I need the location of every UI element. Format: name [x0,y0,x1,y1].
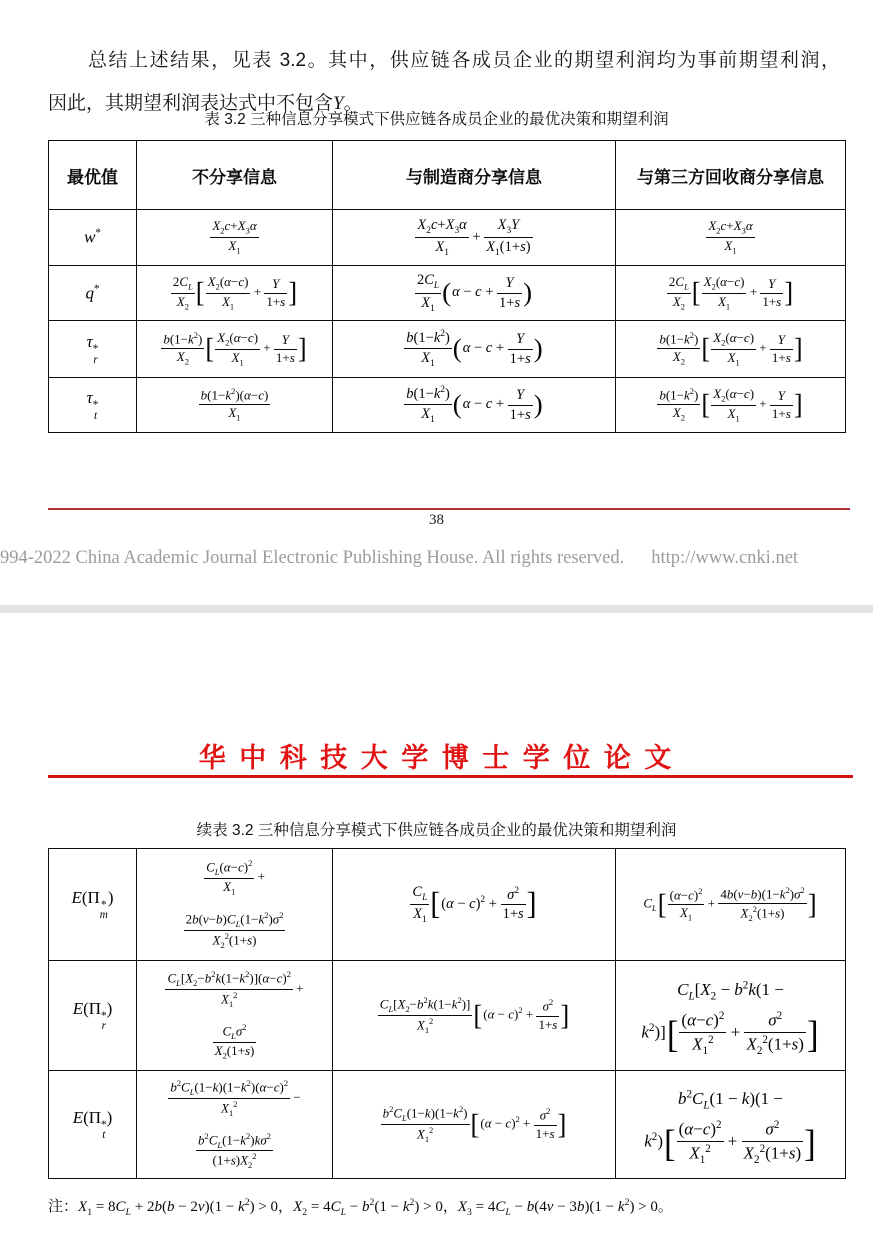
table-header-row: 最优值 不分享信息 与制造商分享信息 与第三方回收商分享信息 [49,141,846,210]
formula-cell: X2c+X3αX1 [616,210,846,266]
row-label-profit-t: E(Π*t) [49,1071,137,1179]
row-label-tau-r: τ*r [49,321,137,378]
table-3-2: 最优值 不分享信息 与制造商分享信息 与第三方回收商分享信息 w* X2c+X3… [48,140,846,433]
formula-cell: CL[X2 − b2k(1 −k2)][(α−c)2X12 + σ2X22(1+… [616,961,846,1071]
row-label-profit-m: E(Π*m) [49,849,137,961]
thesis-scan-page: 总结上述结果，见表 3.2。其中，供应链各成员企业的期望利润均为事前期望利润， … [0,0,873,1233]
table-row-profit-m: E(Π*m) CL(α−c)2X1 +2b(v−b)CL(1−k2)σ2X22(… [49,849,846,961]
page-separator [0,605,873,613]
formula-cell: b(1−k2)(α−c)X1 [137,378,333,433]
row-label-q: q* [49,266,137,321]
formula-cell: b2CL(1−k)(1−k2)X12[(α − c)2 + σ21+s] [333,1071,616,1179]
formula-cell: CL[X2−b2k(1−k2)]X12[(α − c)2 + σ21+s] [333,961,616,1071]
formula-cell: b(1−k2)X2[X2(α−c)X1 + Y1+s] [137,321,333,378]
row-label-profit-r: E(Π*r) [49,961,137,1071]
formula-cell: b(1−k2)X1(α − c + Y1+s) [333,378,616,433]
copyright-line: 994-2022 China Academic Journal Electron… [0,548,873,569]
page-number: 38 [0,512,873,529]
formula-cell: 2CLX1(α − c + Y1+s) [333,266,616,321]
paragraph-line-1: 总结上述结果，见表 3.2。其中，供应链各成员企业的期望利润均为事前期望利润， [48,44,840,78]
row-label-tau-t: τ*t [49,378,137,433]
row-label-w: w* [49,210,137,266]
page2-header-rule [48,775,853,778]
formula-cell: CL[(α−c)2X1 + 4b(v−b)(1−k2)σ2X22(1+s)] [616,849,846,961]
column-header-no-sharing: 不分享信息 [137,141,333,210]
page1-footer-rule [48,508,850,510]
table-3-2-continued: E(Π*m) CL(α−c)2X1 +2b(v−b)CL(1−k2)σ2X22(… [48,848,846,1179]
table-row-profit-r: E(Π*r) CL[X2−b2k(1−k2)](α−c)2X12 +CLσ2X2… [49,961,846,1071]
formula-cell: X2c+X3αX1 + X3YX1(1+s) [333,210,616,266]
formula-cell: b(1−k2)X1(α − c + Y1+s) [333,321,616,378]
formula-cell: b2CL(1−k)(1−k2)(α−c)2X12 −b2CL(1−k2)kσ2(… [137,1071,333,1179]
formula-cell: X2c+X3αX1 [137,210,333,266]
formula-cell: 2CLX2[X2(α−c)X1 + Y1+s] [616,266,846,321]
table-3-2-caption: 表 3.2 三种信息分享模式下供应链各成员企业的最优决策和期望利润 [0,107,873,129]
formula-cell: b(1−k2)X2[X2(α−c)X1 + Y1+s] [616,378,846,433]
formula-cell: b(1−k2)X2[X2(α−c)X1 + Y1+s] [616,321,846,378]
formula-cell: 2CLX2[X2(α−c)X1 + Y1+s] [137,266,333,321]
table-note: 注：X1 = 8CL + 2b(b − 2v)(1 − k2) > 0，X2 =… [48,1195,848,1218]
table-row-w: w* X2c+X3αX1 X2c+X3αX1 + X3YX1(1+s) X2c+… [49,210,846,266]
table-3-2-continued-caption: 续表 3.2 三种信息分享模式下供应链各成员企业的最优决策和期望利润 [0,818,873,840]
formula-cell: CL[X2−b2k(1−k2)](α−c)2X12 +CLσ2X2(1+s) [137,961,333,1071]
table-row-tau-t: τ*t b(1−k2)(α−c)X1 b(1−k2)X1(α − c + Y1+… [49,378,846,433]
cnki-url: http://www.cnki.net [651,548,798,568]
table-row-q: q* 2CLX2[X2(α−c)X1 + Y1+s] 2CLX1(α − c +… [49,266,846,321]
copyright-text: 994-2022 China Academic Journal Electron… [0,548,624,568]
formula-cell: CLX1[(α − c)2 + σ21+s] [333,849,616,961]
column-header-optimal-value: 最优值 [49,141,137,210]
column-header-share-third-party: 与第三方回收商分享信息 [616,141,846,210]
column-header-share-manufacturer: 与制造商分享信息 [333,141,616,210]
table-row-tau-r: τ*r b(1−k2)X2[X2(α−c)X1 + Y1+s] b(1−k2)X… [49,321,846,378]
thesis-header-title: 华 中 科 技 大 学 博 士 学 位 论 文 [0,736,873,775]
table-row-profit-t: E(Π*t) b2CL(1−k)(1−k2)(α−c)2X12 −b2CL(1−… [49,1071,846,1179]
formula-cell: b2CL(1 − k)(1 −k2)[(α−c)2X12 + σ2X22(1+s… [616,1071,846,1179]
formula-cell: CL(α−c)2X1 +2b(v−b)CL(1−k2)σ2X22(1+s) [137,849,333,961]
